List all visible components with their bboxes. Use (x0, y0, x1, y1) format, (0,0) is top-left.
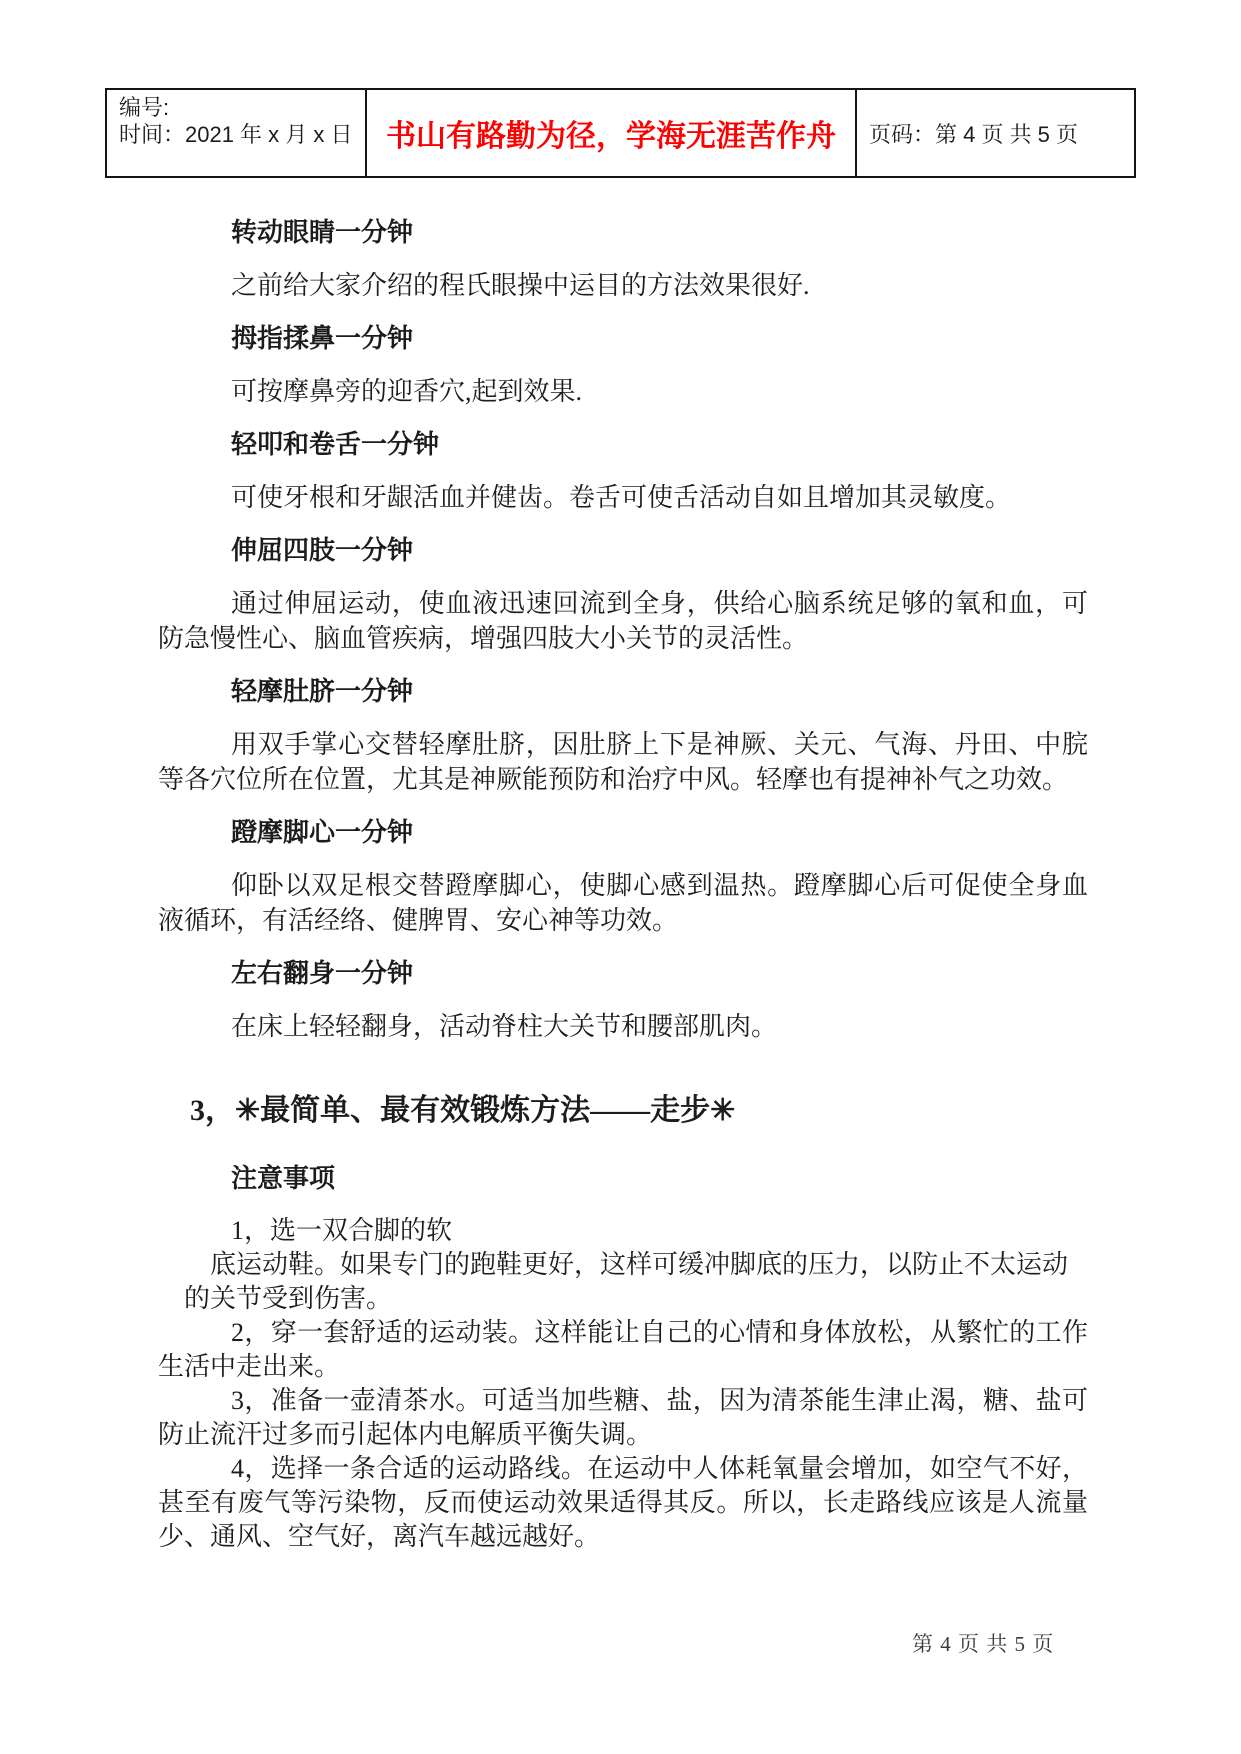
paragraph: 仰卧以双足根交替蹬摩脚心，使脚心感到温热。蹬摩脚心后可促使全身血液循环，有活经络… (158, 868, 1088, 938)
section-heading: 蹬摩脚心一分钟 (231, 815, 1088, 850)
list-item: 1，选一双合脚的软 底运动鞋。如果专门的跑鞋更好，这样可缓冲脚底的压力，以防止不… (158, 1214, 1088, 1316)
document-time-label: 时间：2021 年 x 月 x 日 (119, 121, 357, 148)
paragraph: 之前给大家介绍的程氏眼操中运目的方法效果很好. (158, 268, 1088, 303)
header-table: 编号: 时间：2021 年 x 月 x 日 书山有路勤为径，学海无涯苦作舟 页码… (105, 88, 1136, 178)
header-cell-slogan: 书山有路勤为径，学海无涯苦作舟 (367, 90, 857, 176)
paragraph: 在床上轻轻翻身，活动脊柱大关节和腰部肌肉。 (158, 1009, 1088, 1044)
paragraph: 可使牙根和牙龈活血并健齿。卷舌可使舌活动自如且增加其灵敏度。 (158, 480, 1088, 515)
section-heading: 轻摩肚脐一分钟 (231, 674, 1088, 709)
section-heading: 拇指揉鼻一分钟 (231, 321, 1088, 356)
list-item: 3，准备一壶清茶水。可适当加些糖、盐，因为清茶能生津止渴，糖、盐可防止流汗过多而… (158, 1384, 1088, 1452)
footer-page-number: 第 4 页 共 5 页 (912, 1628, 1054, 1658)
paragraph: 可按摩鼻旁的迎香穴,起到效果. (158, 374, 1088, 409)
paragraph: 通过伸屈运动，使血液迅速回流到全身，供给心脑系统足够的氧和血，可防急慢性心、脑血… (158, 586, 1088, 656)
document-number-label: 编号: (119, 94, 357, 121)
section-heading: 转动眼睛一分钟 (231, 215, 1088, 250)
section-heading: 轻叩和卷舌一分钟 (231, 427, 1088, 462)
section-heading: 伸屈四肢一分钟 (231, 533, 1088, 568)
list-item: 2，穿一套舒适的运动装。这样能让自己的心情和身体放松，从繁忙的工作生活中走出来。 (158, 1316, 1088, 1384)
document-page: { "header": { "number_label": "编号:", "ti… (0, 0, 1241, 1754)
header-cell-number-time: 编号: 时间：2021 年 x 月 x 日 (107, 90, 367, 176)
header-cell-page-number: 页码：第 4 页 共 5 页 (857, 90, 1134, 176)
section-heading: 左右翻身一分钟 (231, 956, 1088, 991)
document-body: 转动眼睛一分钟之前给大家介绍的程氏眼操中运目的方法效果很好.拇指揉鼻一分钟可按摩… (158, 215, 1088, 1554)
section-title: 3，✳最简单、最有效锻炼方法——走步✳ (190, 1090, 1088, 1132)
paragraph: 用双手掌心交替轻摩肚脐，因肚脐上下是神厥、关元、气海、丹田、中脘等各穴位所在位置… (158, 727, 1088, 797)
list-item: 4，选择一条合适的运动路线。在运动中人体耗氧量会增加，如空气不好，甚至有废气等污… (158, 1452, 1088, 1554)
slogan-text: 书山有路勤为径，学海无涯苦作舟 (386, 111, 836, 155)
section-heading: 注意事项 (231, 1161, 1088, 1196)
page-number-label: 页码：第 4 页 共 5 页 (869, 118, 1078, 149)
